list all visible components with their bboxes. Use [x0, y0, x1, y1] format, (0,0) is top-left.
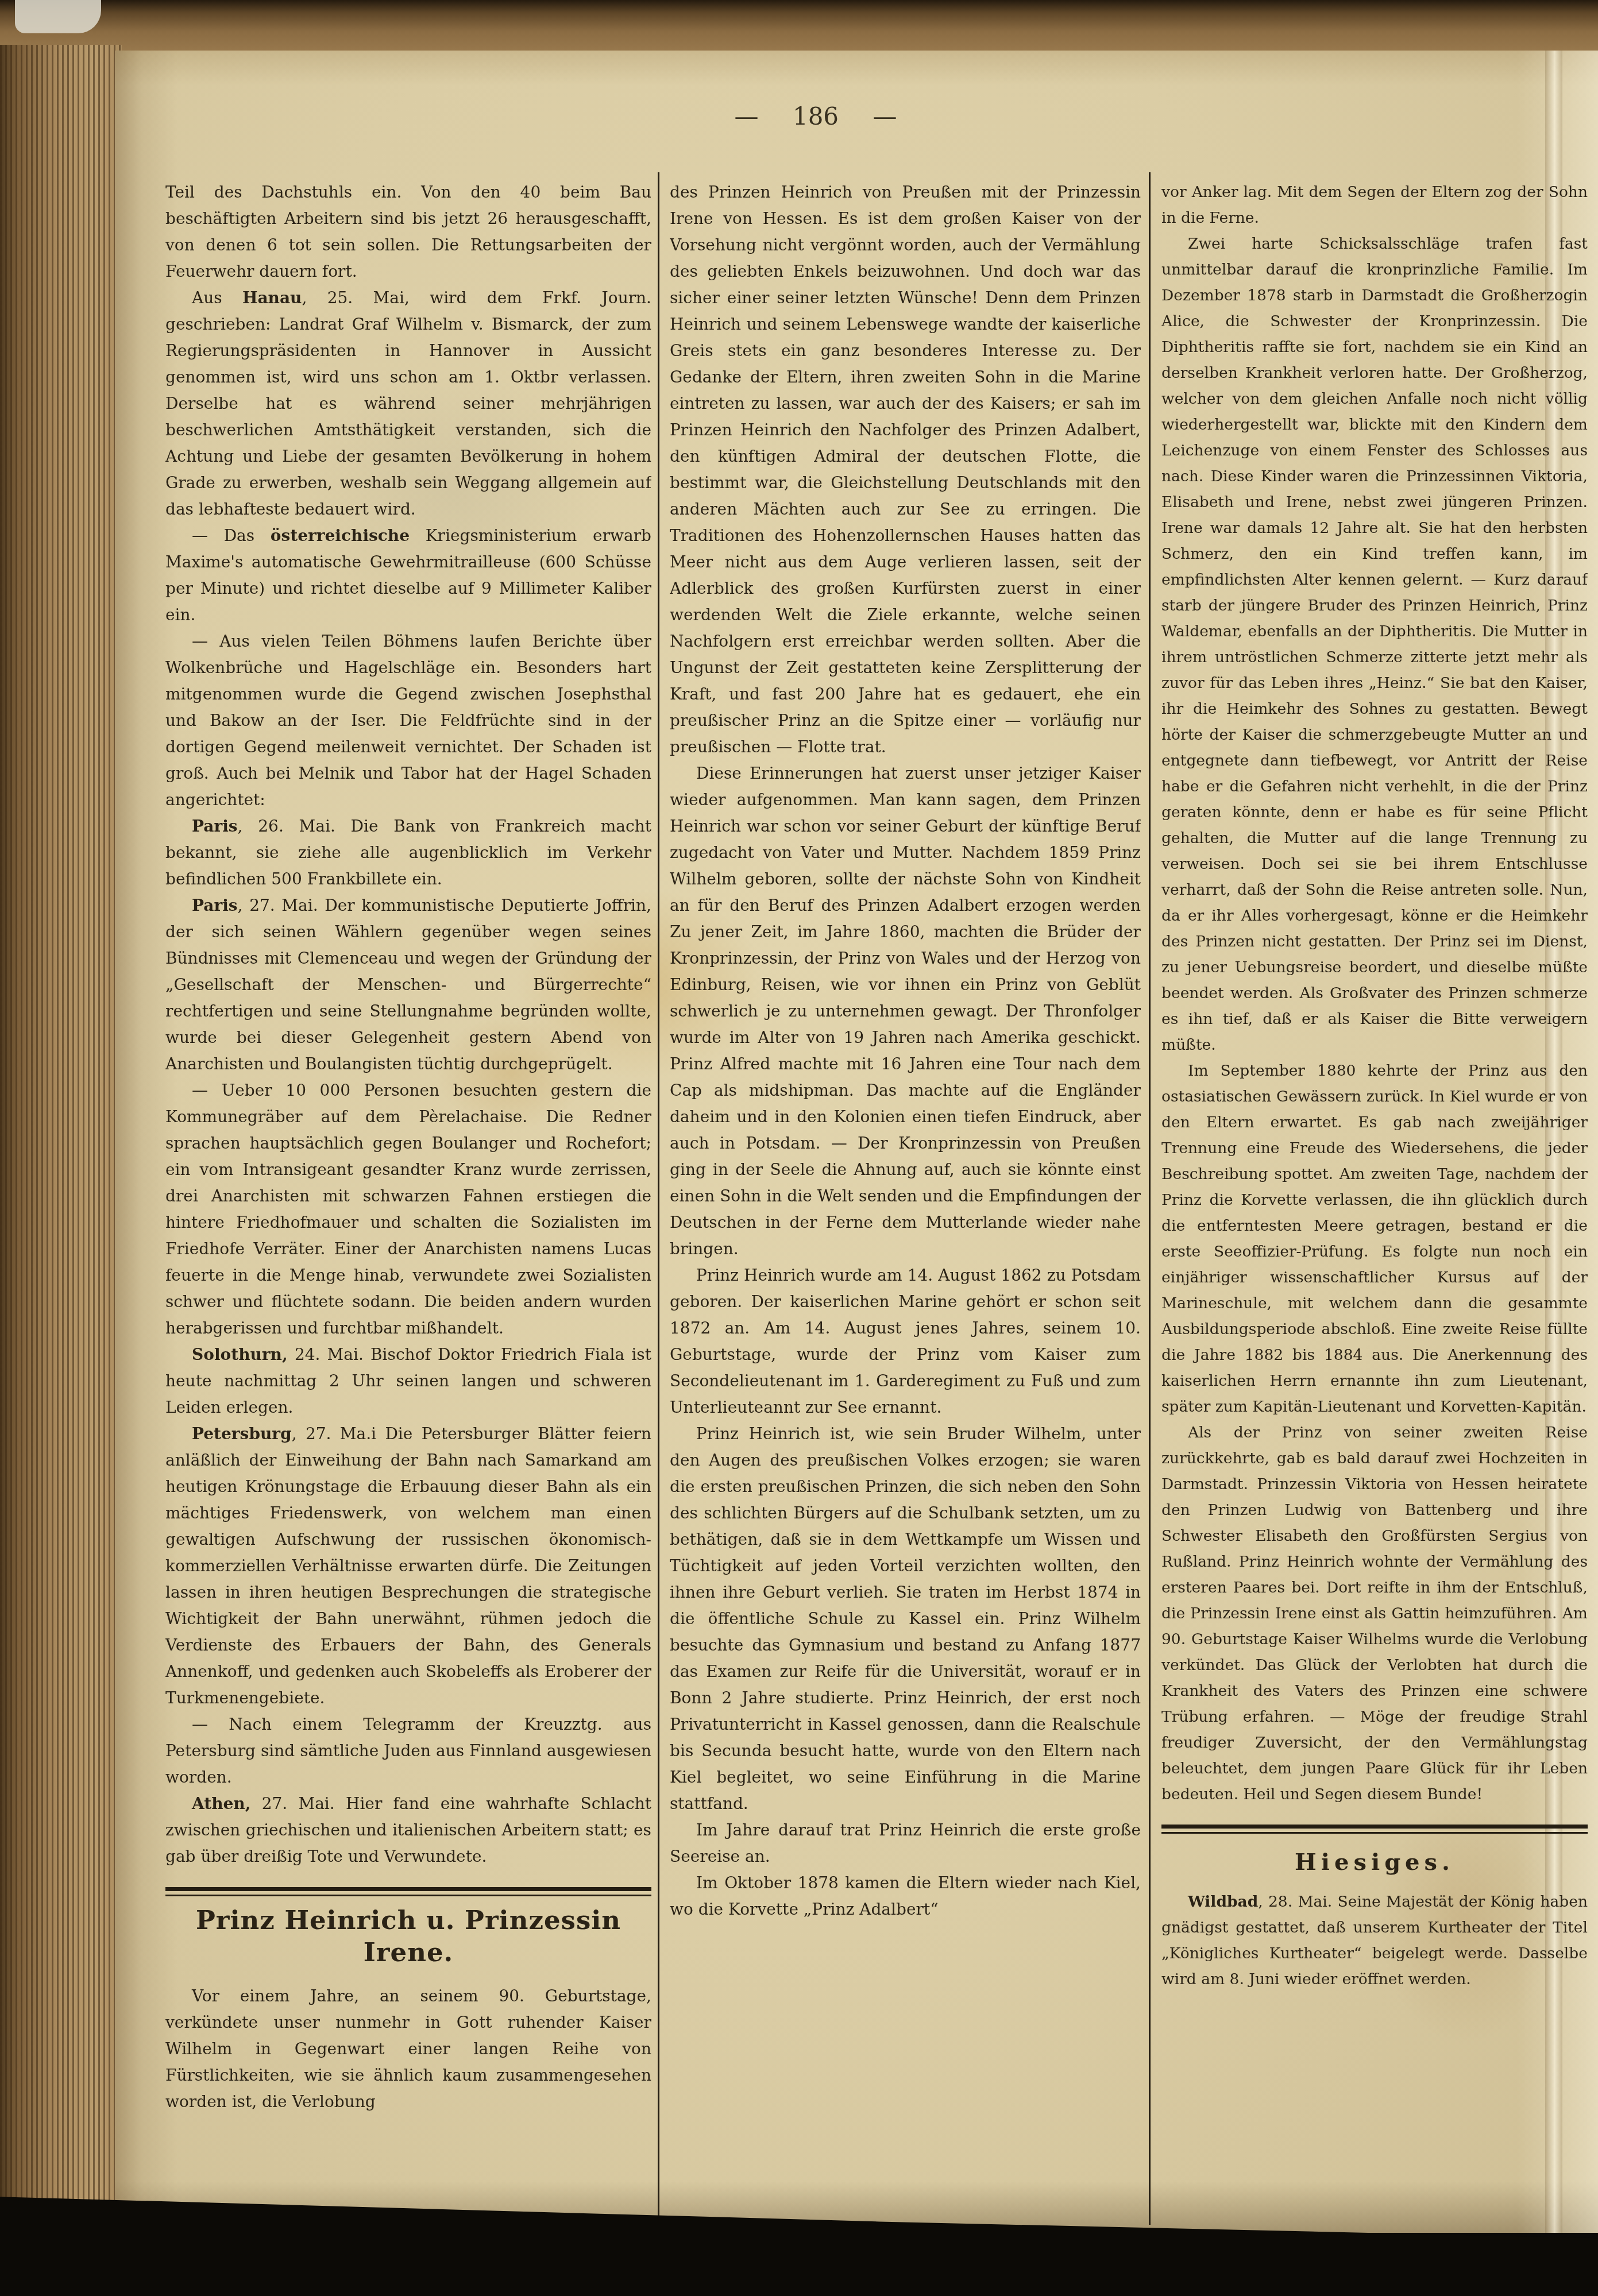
book-page-stack-edge: [0, 45, 122, 2221]
paragraph-text: — Das: [192, 526, 271, 545]
paragraph-text: — Nach einem Telegramm der Kreuzztg. aus…: [165, 1715, 651, 1787]
paragraph-text: Vor einem Jahre, an seinem 90. Geburtsta…: [165, 1986, 651, 2111]
article-paragraph: Im September 1880 kehrte der Prinz aus d…: [1161, 1058, 1588, 1420]
double-rule: [165, 1887, 651, 1896]
paragraph-text: Als der Prinz von seiner zweiten Reise z…: [1161, 1424, 1588, 1803]
paragraph-text: Zwei harte Schicksalsschläge trafen fast…: [1161, 235, 1588, 1054]
dateline-lead: Solothurn,: [192, 1345, 288, 1364]
column-divider: [658, 172, 659, 2225]
article-paragraph: Im Jahre darauf trat Prinz Heinrich die …: [670, 1817, 1141, 1870]
dateline-lead: Paris: [192, 896, 238, 915]
article-headline-prinz-heinrich: Prinz Heinrich u. Prinzessin Irene.: [165, 1904, 651, 1969]
section-heading-hiesiges: Hiesiges.: [1161, 1849, 1588, 1876]
article-paragraph: Solothurn, 24. Mai. Bischof Doktor Fried…: [165, 1342, 651, 1421]
newspaper-column-1: Teil des Dachstuhls ein. Von den 40 beim…: [165, 179, 651, 2221]
paragraph-text: Im September 1880 kehrte der Prinz aus d…: [1161, 1062, 1588, 1416]
paragraph-text: Im Jahre darauf trat Prinz Heinrich die …: [670, 1820, 1141, 1866]
dateline-lead: Wildbad: [1188, 1893, 1258, 1911]
article-paragraph: Athen, 27. Mai. Hier fand eine wahrhafte…: [165, 1791, 651, 1870]
newspaper-column-2: des Prinzen Heinrich von Preußen mit der…: [670, 179, 1141, 2221]
article-paragraph: Vor einem Jahre, an seinem 90. Geburtsta…: [165, 1983, 651, 2115]
paragraph-text: des Prinzen Heinrich von Preußen mit der…: [670, 183, 1141, 756]
paragraph-text: — Aus vielen Teilen Böhmens laufen Beric…: [165, 632, 651, 809]
paragraph-text: Prinz Heinrich wurde am 14. August 1862 …: [670, 1266, 1141, 1417]
article-paragraph: Diese Erinnerungen hat zuerst unser jetz…: [670, 760, 1141, 1262]
article-paragraph: — Nach einem Telegramm der Kreuzztg. aus…: [165, 1711, 651, 1791]
paragraph-text: Diese Erinnerungen hat zuerst unser jetz…: [670, 764, 1141, 1258]
article-paragraph: vor Anker lag. Mit dem Segen der Eltern …: [1161, 179, 1588, 231]
article-paragraph: Prinz Heinrich ist, wie sein Bruder Wilh…: [670, 1421, 1141, 1817]
dateline-lead: Paris: [192, 817, 238, 836]
article-paragraph: Zwei harte Schicksalsschläge trafen fast…: [1161, 231, 1588, 1058]
paragraph-text: , 26. Mai. Die Bank von Frankreich macht…: [165, 817, 651, 888]
paragraph-text: Im Oktober 1878 kamen die Eltern wieder …: [670, 1873, 1141, 1919]
article-paragraph: Prinz Heinrich wurde am 14. August 1862 …: [670, 1262, 1141, 1421]
article-paragraph: — Ueber 10 000 Personen besuchten gester…: [165, 1077, 651, 1342]
torn-paper-fragment: [15, 0, 101, 33]
page-number: — 186 —: [126, 102, 1505, 130]
article-paragraph: Wildbad, 28. Mai. Seine Majestät der Kön…: [1161, 1889, 1588, 1992]
article-paragraph: Als der Prinz von seiner zweiten Reise z…: [1161, 1420, 1588, 1807]
dateline-lead: Hanau: [242, 288, 302, 307]
article-paragraph: Paris, 26. Mai. Die Bank von Frankreich …: [165, 813, 651, 892]
paragraph-text: — Ueber 10 000 Personen besuchten gester…: [165, 1081, 651, 1338]
paragraph-text: , 27. Ma.i Die Petersburger Blätter feie…: [165, 1424, 651, 1707]
paragraph-text: vor Anker lag. Mit dem Segen der Eltern …: [1161, 183, 1588, 227]
article-paragraph: — Das österreichische Kriegsministerium …: [165, 523, 651, 628]
article-paragraph: Aus Hanau, 25. Mai, wird dem Frkf. Journ…: [165, 285, 651, 523]
dateline-lead: österreichische: [271, 526, 410, 545]
article-paragraph: — Aus vielen Teilen Böhmens laufen Beric…: [165, 628, 651, 813]
book-top-edge: [0, 0, 1598, 57]
paragraph-text: , 27. Mai. Der kommunistische Deputierte…: [165, 896, 651, 1073]
dateline-lead: Petersburg: [192, 1424, 292, 1443]
article-paragraph: des Prinzen Heinrich von Preußen mit der…: [670, 179, 1141, 760]
double-rule: [1161, 1825, 1588, 1834]
dateline-lead: Athen,: [192, 1794, 250, 1813]
column-divider: [1149, 172, 1151, 2225]
article-paragraph: Teil des Dachstuhls ein. Von den 40 beim…: [165, 179, 651, 285]
paragraph-text: Prinz Heinrich ist, wie sein Bruder Wilh…: [670, 1424, 1141, 1813]
article-paragraph: Petersburg, 27. Ma.i Die Petersburger Bl…: [165, 1421, 651, 1711]
paragraph-text: , 25. Mai, wird dem Frkf. Journ. geschri…: [165, 288, 651, 519]
article-paragraph: Paris, 27. Mai. Der kommunistische Deput…: [165, 892, 651, 1077]
paragraph-text: Teil des Dachstuhls ein. Von den 40 beim…: [165, 183, 651, 281]
paragraph-text: Aus: [192, 288, 242, 307]
article-paragraph: Im Oktober 1878 kamen die Eltern wieder …: [670, 1870, 1141, 1923]
newspaper-column-3: vor Anker lag. Mit dem Segen der Eltern …: [1161, 179, 1588, 2221]
